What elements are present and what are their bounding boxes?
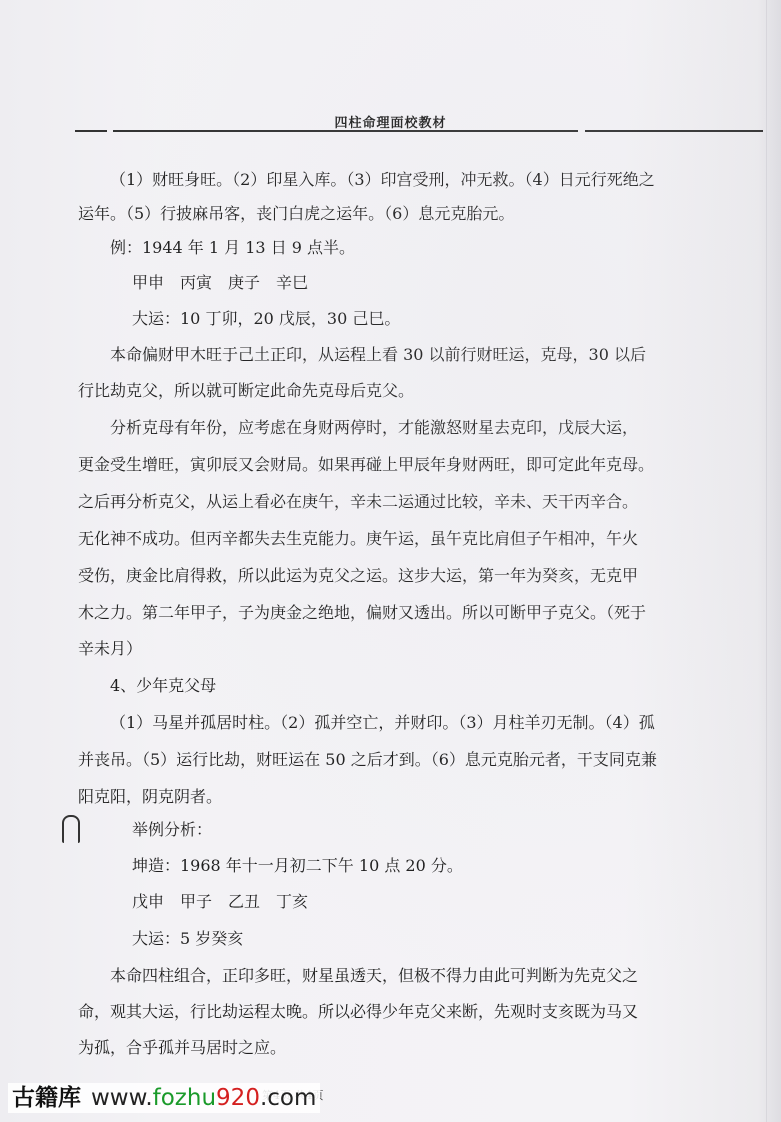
page-edge: [766, 0, 767, 1122]
text-line: 举例分析：: [132, 820, 212, 840]
binding-hole-mark-icon: [62, 815, 80, 843]
header-rule: [75, 130, 107, 132]
text-line: 大运：5 岁癸亥: [132, 929, 243, 949]
text-line: 阳克阳，阴克阴者。: [78, 787, 222, 807]
text-line: 更金受生增旺，寅卯辰又会财局。如果再碰上甲辰年身财两旺，即可定此年克母。: [78, 455, 654, 475]
text-line: 并丧吊。（5）运行比劫，财旺运在 50 之后才到。（6）息元克胎元者，干支同克兼: [78, 750, 657, 770]
text-line: 甲申 丙寅 庚子 辛巳: [132, 273, 308, 293]
scan-shading: [0, 0, 781, 1122]
text-line: 辛未月）: [78, 639, 142, 659]
watermark-url-prefix: www.: [91, 1085, 153, 1111]
text-line: 运年。（5）行披麻吊客，丧门白虎之运年。（6）息元克胎元。: [78, 204, 514, 224]
header-rule: [585, 130, 763, 132]
running-header-title: 四柱命理面校教材: [0, 112, 781, 131]
watermark-url-red: 920: [216, 1085, 260, 1111]
scanned-page: 四柱命理面校教材 （1）财旺身旺。（2）印星入库。（3）印宫受刑，冲无救。（4）…: [0, 0, 781, 1122]
watermark-site-name: 古籍库: [12, 1085, 81, 1111]
text-line: 木之力。第二年甲子，子为庚金之绝地，偏财又透出。所以可断甲子克父。（死于: [78, 603, 646, 623]
text-line: 之后再分析克父，从运上看必在庚午，辛未二运通过比较，辛未、天干丙辛合。: [78, 492, 638, 512]
text-line: 坤造：1968 年十一月初二下午 10 点 20 分。: [132, 856, 463, 876]
watermark: 古籍库www.fozhu920.com: [8, 1083, 320, 1113]
text-line: 分析克母有年份，应考虑在身财两停时，才能激怒财星去克印，戊辰大运，: [110, 418, 638, 438]
text-line: 受伤，庚金比肩得救，所以此运为克父之运。这步大运，第一年为癸亥，无克甲: [78, 566, 638, 586]
text-line: 大运：10 丁卯，20 戊辰，30 己巳。: [132, 309, 400, 329]
watermark-url-suffix: .com: [260, 1085, 316, 1111]
text-line: 为孤，合乎孤并马居时之应。: [78, 1038, 286, 1058]
text-line: 戊申 甲子 乙丑 丁亥: [132, 892, 308, 912]
header-rule: [113, 130, 578, 132]
text-line: 本命四柱组合，正印多旺，财星虽透天，但极不得力由此可判断为先克父之: [110, 966, 638, 986]
text-line: 命，观其大运，行比劫运程太晚。所以必得少年克父来断，先观时支亥既为马又: [78, 1002, 638, 1022]
text-line: 本命偏财甲木旺于己土正印，从运程上看 30 以前行财旺运，克母，30 以后: [110, 345, 646, 365]
text-line: 行比劫克父，所以就可断定此命先克母后克父。: [78, 381, 414, 401]
text-line: 无化神不成功。但丙辛都失去生克能力。庚午运，虽午克比肩但子午相冲，午火: [78, 529, 638, 549]
text-line: 例：1944 年 1 月 13 日 9 点半。: [110, 238, 355, 258]
watermark-url-green: fozhu: [153, 1085, 216, 1111]
text-line: （1）财旺身旺。（2）印星入库。（3）印宫受刑，冲无救。（4）日元行死绝之: [110, 170, 655, 190]
section-heading: 4、少年克父母: [110, 676, 216, 696]
text-line: （1）马星并孤居时柱。（2）孤并空亡，并财印。（3）月柱羊刃无制。（4）孤: [110, 713, 655, 733]
